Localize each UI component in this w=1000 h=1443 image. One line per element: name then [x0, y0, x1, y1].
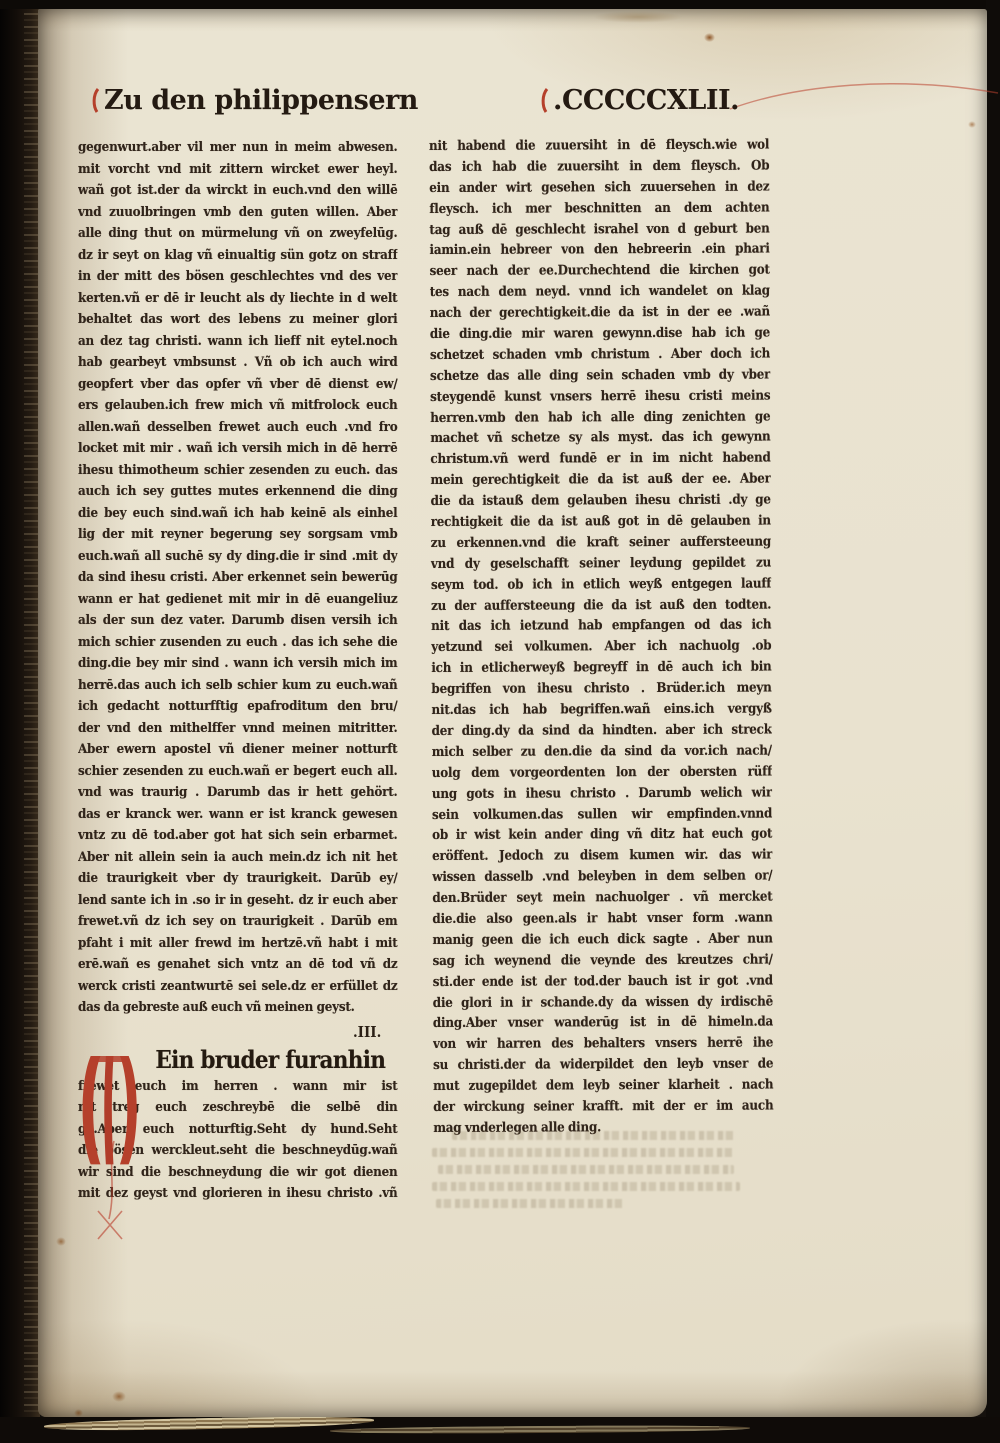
chapter-number: .III.	[78, 1019, 398, 1045]
text-line: der ding.dy da sind da hindten. aber ich…	[432, 720, 772, 742]
stain	[112, 1391, 126, 1402]
text-line: wañ got ist.der da wirckt in euch.vnd de…	[78, 180, 398, 202]
text-line: ding.die bey mir sind . wann ich versih …	[78, 653, 398, 675]
text-line: su christi.der da widerpildet den leyb v…	[433, 1055, 773, 1077]
text-line: ein ander wirt gesehen sich zuuersehen i…	[429, 177, 769, 199]
text-line: an dez tag christi. wann ich lieff nit e…	[78, 331, 398, 353]
text-line: von wir harren des behalters vnsers herr…	[433, 1034, 773, 1056]
book-scan: Zu den philippensern .CCCCCXLII. gegenwu…	[0, 0, 1000, 1443]
text-line: lig der mit reyner begerung sey sorgsam …	[78, 524, 398, 546]
text-line: nit.das ich hab begriffen.wañ eins.ich v…	[431, 700, 771, 722]
text-line: der wirckung seiner krafft. mit der er i…	[433, 1096, 773, 1118]
text-line: ding.Aber vnser wanderūg ist in dē himel…	[433, 1013, 773, 1035]
text-line: dz ir seyt on klag vñ einualtig sün gotz…	[78, 245, 398, 267]
text-line: vnd dy geselschafft seiner leydung gepil…	[431, 553, 771, 575]
text-line: iamin.ein hebreer von den hebreerin .ein…	[429, 240, 769, 262]
text-line: mich selber zu den.die da sind da vor.ic…	[432, 741, 772, 763]
scan-background-right	[986, 0, 1000, 1443]
text-line: machet vñ schetze sy als myst. das ich g…	[430, 428, 770, 450]
text-line: erē.wañ es genahet sich vntz an dē tod v…	[78, 954, 398, 976]
right-column-text: nit habend die zuuersiht in dē fleysch.w…	[429, 136, 774, 1140]
text-line: Aber nit allein sein ia auch mein.dz ich…	[78, 847, 398, 869]
text-line: das da gebreste auß euch vñ meinen geyst…	[78, 997, 398, 1019]
text-line: die da istauß dem gelauben ihesu christi…	[431, 491, 771, 513]
page-header: Zu den philippensern .CCCCCXLII.	[38, 85, 987, 116]
text-line: fleysch. ich mer beschnitten an dem acht…	[429, 198, 769, 220]
text-line: ihesu thimotheum schier zesenden zu euch…	[78, 460, 398, 482]
stain	[704, 33, 715, 42]
text-line: manig geen die ich euch dick sagte . Abe…	[432, 929, 772, 951]
book-binding-edge	[0, 0, 40, 1443]
text-line: mich schier zusenden zu euch . das ich s…	[78, 632, 398, 654]
text-line: schetze das alle ding sein schaden vmb d…	[430, 365, 770, 387]
text-line: hab gearbeyt vmbsunst . Vñ ob ich auch w…	[78, 352, 398, 374]
text-line: schier zesenden zu euch.wañ er begert eu…	[78, 761, 398, 783]
text-line: christum.vñ werd fundē er in im nicht ha…	[430, 449, 770, 471]
scan-background-top	[0, 0, 1000, 9]
verso-bleedthrough	[432, 1131, 748, 1216]
text-line: die traurigkeit vber dy traurigkeit. Dar…	[78, 868, 398, 890]
text-line: wissen dasselb .vnd beleyben in dem selb…	[432, 867, 772, 889]
text-line: steygendē kunst vnsers herrē ihesu crist…	[430, 386, 770, 408]
text-line: allen.wañ desselben frewet auch euch .vn…	[78, 417, 398, 439]
text-line: alle ding thut on mürmelung vñ on zweyfe…	[78, 223, 398, 245]
text-line: ob ir wist kein ander ding vñ ditz hat e…	[432, 825, 772, 847]
text-line: da sind ihesu cristi. Aber erkennet sein…	[78, 567, 398, 589]
text-line: sti.der ende ist der tod.der bauch ist i…	[433, 971, 773, 993]
text-line: yetzund sei volkumen. Aber ich nachuolg …	[431, 637, 771, 659]
text-line: geopfert vber das opfer vñ vber dē diens…	[78, 374, 398, 396]
text-line: frewet.vñ dz ich sey on traurigkeit . Da…	[78, 911, 398, 933]
text-line: nit habend die zuuersiht in dē fleysch.w…	[429, 136, 769, 158]
rubric-mark-icon	[90, 87, 100, 113]
left-column-text: gegenwurt.aber vil mer nun in meim abwes…	[78, 137, 398, 1019]
text-line: zu der auffersteeung die da ist auß den …	[431, 595, 771, 617]
right-text-column: nit habend die zuuersiht in dē fleysch.w…	[429, 136, 774, 1140]
text-line: die.die also geen.als ir habt vnser form…	[432, 908, 772, 930]
text-line: uolg dem vorgeordenten lon der obersten …	[432, 762, 772, 784]
left-text-column: gegenwurt.aber vil mer nun in meim abwes…	[78, 137, 398, 1205]
text-line: euch.wañ all suchē sy dy ding.die ir sin…	[78, 546, 398, 568]
text-line: die glori in ir schande.dy da wissen dy …	[433, 992, 773, 1014]
text-line: pfaht i mit aller frewd im hertzē.vñ hab…	[78, 933, 398, 955]
text-line: Aber ewern apostel vñ diener meiner nott…	[78, 739, 398, 761]
text-line: das ich hab die zuuersiht in dem fleysch…	[429, 156, 769, 178]
stain	[593, 11, 683, 23]
text-line: ich in etlicherweyß begreyff in dē auch …	[431, 658, 771, 680]
text-line: tes nach dem neyd. vnnd ich wandelet on …	[430, 282, 770, 304]
text-line: gegenwurt.aber vil mer nun in meim abwes…	[78, 137, 398, 159]
page-title: Zu den philippensern	[90, 85, 418, 116]
text-line: nach der gerechtigkeit.die da ist in der…	[430, 303, 770, 325]
text-line: eröffent. Jedoch zu disem kumen wir. das…	[432, 846, 772, 868]
text-line: die ding.die mir waren gewynn.dise hab i…	[430, 324, 770, 346]
text-line: mein gerechtigkeit die da ist auß der ee…	[430, 470, 770, 492]
text-line: locket mit mir . wañ ich versih mich in …	[78, 438, 398, 460]
text-line: nit das ich ietzund hab empfangen od das…	[431, 616, 771, 638]
stain	[74, 1409, 83, 1417]
text-line: sein volkumen.das sullen wir empfinden.v…	[432, 804, 772, 826]
text-line: vntz zu dē tod.aber got hat sich sein er…	[78, 825, 398, 847]
text-line: das er kranck wer. wann er ist kranck ge…	[78, 804, 398, 826]
folio-number: .CCCCCXLII.	[539, 85, 739, 116]
text-line: ich gedacht notturfftig epafroditum den …	[78, 696, 398, 718]
text-line: tag auß dē geschlecht israhel von d gebu…	[429, 219, 769, 241]
text-line: sag ich weynend die veynde des kreutzes …	[433, 950, 773, 972]
text-line: herrē.das auch ich selb schier kum zu eu…	[78, 675, 398, 697]
text-line: mit vorcht vnd mit zittern wircket ewer …	[78, 159, 398, 181]
text-line: vnd was traurig . Darumb das ir hett geh…	[78, 782, 398, 804]
text-line: schetzet schaden vmb christum . Aber doc…	[430, 344, 770, 366]
text-line: wann er hat gedienet mit mir in dē euang…	[78, 589, 398, 611]
text-line: als der sun dez vater. Darumb disen vers…	[78, 610, 398, 632]
chapter-incipit: Ein bruder furanhin	[155, 1045, 397, 1076]
text-line: lend sante ich in .so ir in geseht. dz i…	[78, 890, 398, 912]
text-line: behaltet das wort des lebens zu meiner g…	[78, 309, 398, 331]
text-line: begriffen von ihesu christo . Brüder.ich…	[431, 679, 771, 701]
text-line: zu erkennen.vnd die kraft seiner auffers…	[431, 532, 771, 554]
text-line: kerten.vñ er dē ir leucht als dy liechte…	[78, 288, 398, 310]
text-line: den.Brüder seyt mein nachuolger . vñ mer…	[432, 888, 772, 910]
rubric-mark-icon	[539, 87, 549, 113]
red-margin-scribble	[90, 1137, 132, 1247]
text-line: ung gots in ihesu christo . Darumb welic…	[432, 783, 772, 805]
text-line: herren.vmb den hab ich alle ding zenicht…	[430, 407, 770, 429]
text-line: seer nach der ee.Durchechtend die kirche…	[430, 261, 770, 283]
text-line: vnd zuuolbringen vmb den guten willen. A…	[78, 202, 398, 224]
text-line: auch ich sey guttes mutes erkennend die …	[78, 481, 398, 503]
text-line: werck cristi zeantwurtē sei sele.dz er e…	[78, 976, 398, 998]
text-line: die bey euch sind.wañ ich hab keinē als …	[78, 503, 398, 525]
text-line: ers gelauben.ich frew mich vñ mitfrolock…	[78, 395, 398, 417]
text-line: rechtigkeit die da ist auß got in dē gel…	[431, 512, 771, 534]
text-line: in der mitt des bösen geschlechtes vnd d…	[78, 266, 398, 288]
stain	[56, 1237, 66, 1246]
manuscript-page: Zu den philippensern .CCCCCXLII. gegenwu…	[38, 9, 987, 1417]
text-line: seym tod. ob ich in etlich weyß entgegen…	[431, 574, 771, 596]
text-line: der vnd den mithelffer vnnd meinen mitri…	[78, 718, 398, 740]
text-line: mut zugepildet dem leyb seiner klarheit …	[433, 1076, 773, 1098]
